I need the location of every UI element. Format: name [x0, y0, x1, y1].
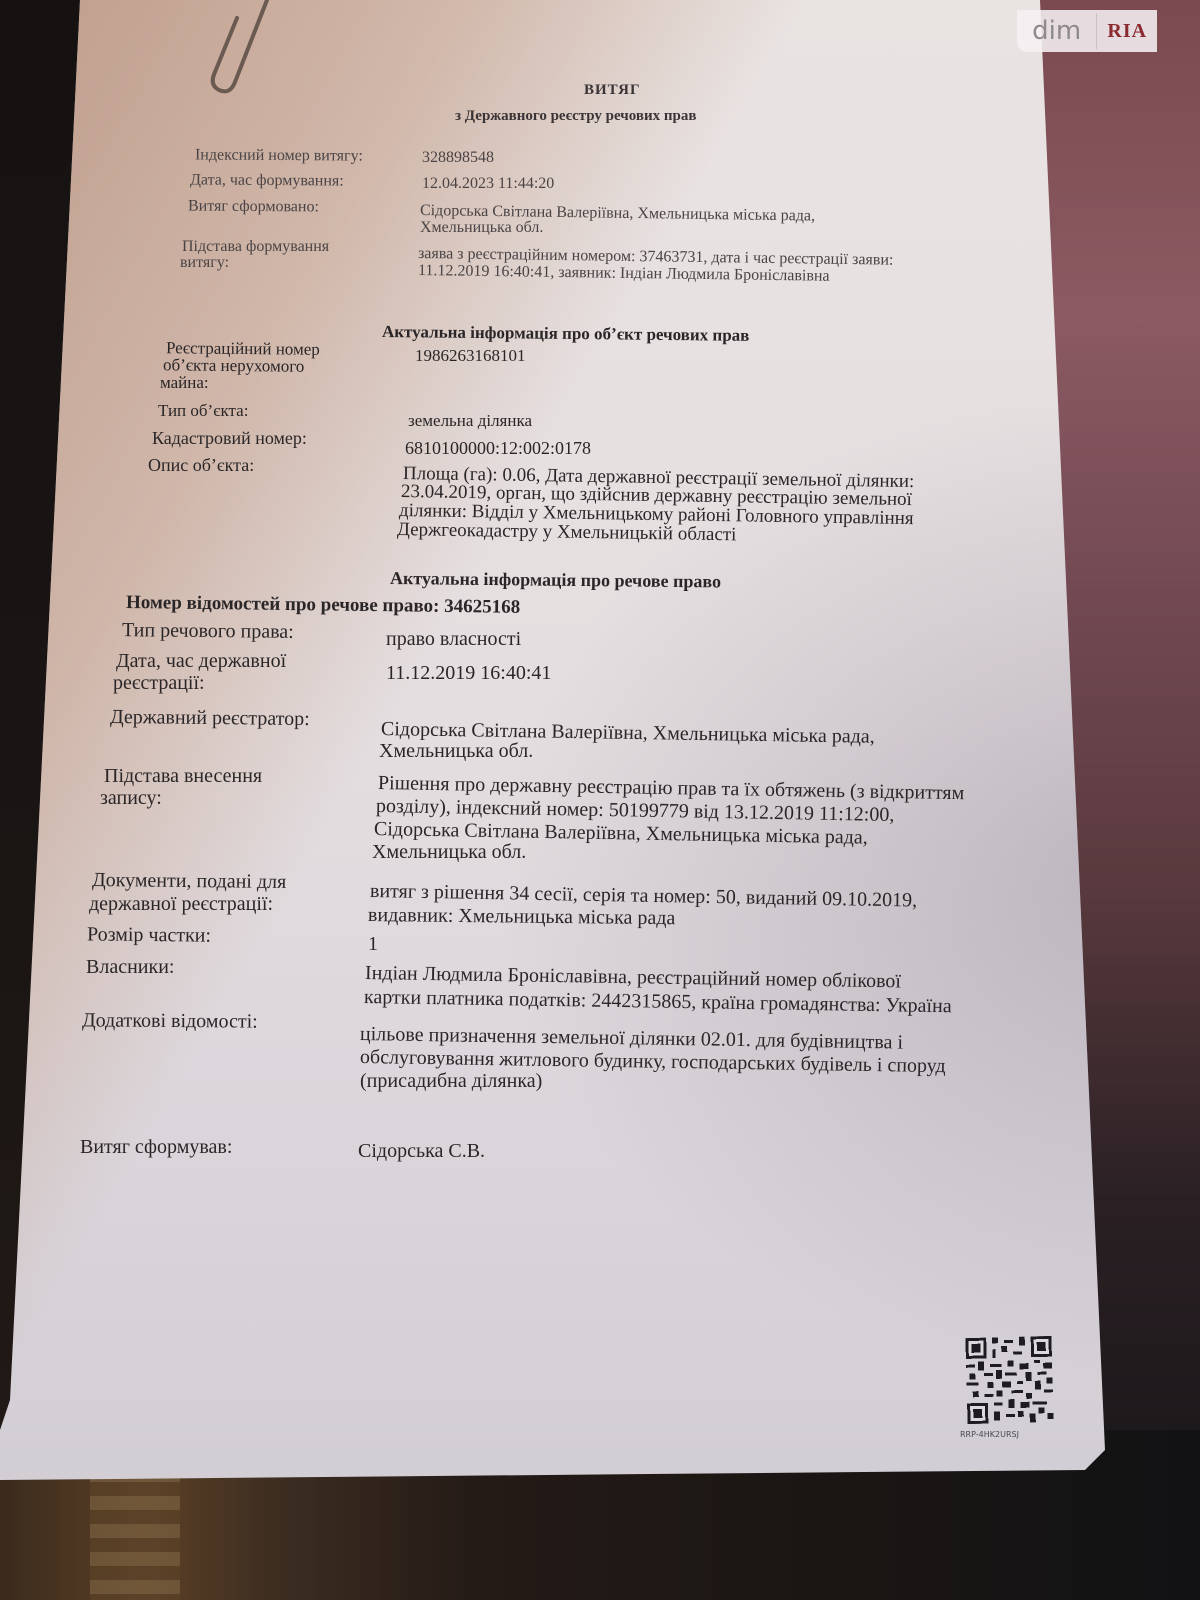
- label-index-number: Індексний номер витягу:: [195, 146, 363, 165]
- value-reg-number: 1986263168101: [415, 345, 526, 366]
- value-documents-line2: видавник: Хмельницька міська рада: [368, 904, 676, 929]
- value-object-type: земельна ділянка: [408, 410, 532, 431]
- label-owners: Власники:: [86, 956, 174, 978]
- label-documents-line1: Документи, подані для: [92, 869, 287, 893]
- value-index-number: 328898548: [422, 149, 494, 167]
- value-right-type: право власності: [386, 628, 521, 650]
- label-formed-datetime: Дата, час формування:: [190, 171, 344, 190]
- label-entry-basis-line1: Підстава внесення: [104, 765, 262, 787]
- value-state-registrar-line2: Хмельницька обл.: [379, 740, 533, 762]
- value-reg-date: 11.12.2019 16:40:41: [386, 662, 551, 684]
- label-object-description: Опис об’єкта:: [148, 455, 254, 476]
- label-share-size: Розмір частки:: [87, 923, 211, 946]
- object-section-heading: Актуальна інформація про об’єкт речових …: [382, 322, 750, 346]
- label-basis-line1: Підстава формування: [182, 239, 329, 255]
- qr-code-caption: RRP-4HK2URSJ: [960, 1430, 1019, 1439]
- label-reg-date-line2: реєстрації:: [113, 672, 205, 694]
- label-basis-line2: витягу:: [180, 255, 229, 271]
- label-formed-by-signer: Витяг сформував:: [80, 1136, 232, 1158]
- document-subtitle: з Державного реєстру речових прав: [455, 108, 696, 125]
- label-state-registrar: Державний реєстратор:: [110, 706, 310, 730]
- value-formed-by-line2: Хмельницька обл.: [420, 219, 543, 237]
- right-section-heading: Актуальна інформація про речове право: [390, 568, 721, 592]
- document-title: ВИТЯГ: [584, 82, 640, 99]
- label-cadastral-number: Кадастровий номер:: [152, 428, 307, 449]
- label-documents-line2: державної реєстрації:: [89, 893, 273, 915]
- label-reg-date-line1: Дата, час державної: [116, 650, 286, 672]
- qr-code-icon: [961, 1336, 1058, 1424]
- label-formed-by: Витяг сформовано:: [188, 198, 319, 217]
- right-record-number: Номер відомостей про речове право: 34625…: [126, 592, 520, 619]
- label-additional-info: Додаткові відомості:: [82, 1009, 258, 1032]
- label-reg-number-line3: майна:: [160, 374, 209, 391]
- value-formed-by-signer: Сідорська С.В.: [358, 1140, 485, 1162]
- value-share-size: 1: [368, 933, 378, 955]
- additional-info-line: (присадибна ділянка): [360, 1070, 542, 1092]
- label-entry-basis-line2: запису:: [100, 787, 162, 809]
- label-object-type: Тип об’єкта:: [158, 400, 248, 421]
- value-cadastral-number: 6810100000:12:002:0178: [405, 438, 591, 459]
- label-right-type: Тип речового права:: [122, 619, 294, 643]
- description-line: Держгеокадастру у Хмельницькій області: [397, 519, 737, 545]
- value-formed-datetime: 12.04.2023 11:44:20: [422, 175, 554, 193]
- label-reg-number-line2: об’єкта нерухомого: [163, 356, 305, 374]
- entry-basis-line: Хмельницька обл.: [372, 841, 526, 863]
